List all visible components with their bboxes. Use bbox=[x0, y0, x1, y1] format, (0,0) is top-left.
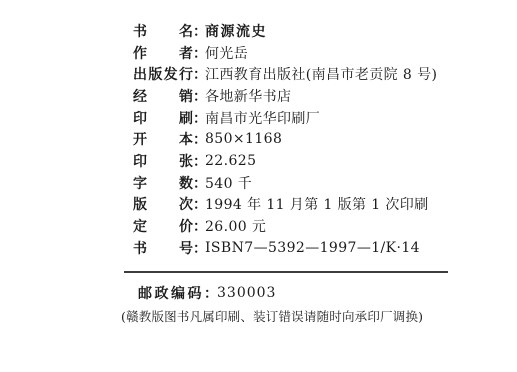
row-isbn: 书号 ： ISBN7—5392—1997—1/K·14 bbox=[133, 237, 437, 259]
field-label: 作者 bbox=[133, 43, 193, 63]
field-value: 江西教育出版社(南昌市老贡院 8 号) bbox=[205, 64, 437, 84]
field-value: 1994 年 11 月第 1 版第 1 次印刷 bbox=[205, 194, 429, 214]
field-label: 定价 bbox=[133, 216, 193, 236]
colon: ： bbox=[193, 21, 204, 41]
row-word-count: 字数 ： 540 千 bbox=[133, 172, 437, 194]
postal-code-row: 邮政编码 ： 330003 bbox=[138, 283, 276, 303]
field-label: 印刷 bbox=[133, 108, 193, 128]
colon: ： bbox=[193, 216, 204, 236]
publication-info-block: 书名 ： 商源流史 作者 ： 何光岳 出版发行 ： 江西教育出版社(南昌市老贡院… bbox=[133, 20, 437, 259]
colon: ： bbox=[193, 238, 204, 258]
field-value: 22.625 bbox=[205, 153, 256, 169]
field-label: 字数 bbox=[133, 173, 193, 193]
colon: ： bbox=[193, 108, 204, 128]
row-publisher: 出版发行 ： 江西教育出版社(南昌市老贡院 8 号) bbox=[133, 63, 437, 85]
row-book-title: 书名 ： 商源流史 bbox=[133, 20, 437, 42]
colon: ： bbox=[193, 151, 204, 171]
colon: ： bbox=[193, 43, 204, 63]
row-distributor: 经销 ： 各地新华书店 bbox=[133, 85, 437, 107]
book-colophon-page: 书名 ： 商源流史 作者 ： 何光岳 出版发行 ： 江西教育出版社(南昌市老贡院… bbox=[0, 0, 517, 372]
colon: ： bbox=[193, 86, 204, 106]
misprint-exchange-note: (赣教版图书凡属印刷、装订错误请随时向承印厂调换) bbox=[121, 307, 423, 325]
colon: ： bbox=[204, 283, 216, 303]
field-value: 各地新华书店 bbox=[205, 86, 291, 106]
row-price: 定价 ： 26.00 元 bbox=[133, 215, 437, 237]
row-format: 开本 ： 850×1168 bbox=[133, 128, 437, 150]
field-value: ISBN7—5392—1997—1/K·14 bbox=[205, 240, 420, 256]
field-value: 26.00 元 bbox=[205, 216, 266, 236]
postal-code-value: 330003 bbox=[217, 285, 276, 301]
field-value: 商源流史 bbox=[205, 21, 267, 41]
colon: ： bbox=[193, 173, 204, 193]
postal-code-label: 邮政编码 bbox=[138, 283, 204, 303]
field-label: 书号 bbox=[133, 238, 193, 258]
field-value: 540 千 bbox=[205, 173, 252, 193]
field-label: 出版发行 bbox=[133, 64, 193, 84]
colon: ： bbox=[193, 64, 204, 84]
field-label: 印张 bbox=[133, 151, 193, 171]
field-label: 书名 bbox=[133, 21, 193, 41]
row-sheets: 印张 ： 22.625 bbox=[133, 150, 437, 172]
field-value: 850×1168 bbox=[205, 131, 282, 147]
field-label: 经销 bbox=[133, 86, 193, 106]
field-label: 版次 bbox=[133, 194, 193, 214]
field-value: 南昌市光华印刷厂 bbox=[205, 108, 320, 128]
field-label: 开本 bbox=[133, 129, 193, 149]
field-value: 何光岳 bbox=[205, 43, 248, 63]
colon: ： bbox=[193, 194, 204, 214]
row-author: 作者 ： 何光岳 bbox=[133, 42, 437, 64]
colon: ： bbox=[193, 129, 204, 149]
horizontal-rule bbox=[124, 271, 448, 273]
row-printer: 印刷 ： 南昌市光华印刷厂 bbox=[133, 107, 437, 129]
row-edition: 版次 ： 1994 年 11 月第 1 版第 1 次印刷 bbox=[133, 194, 437, 216]
